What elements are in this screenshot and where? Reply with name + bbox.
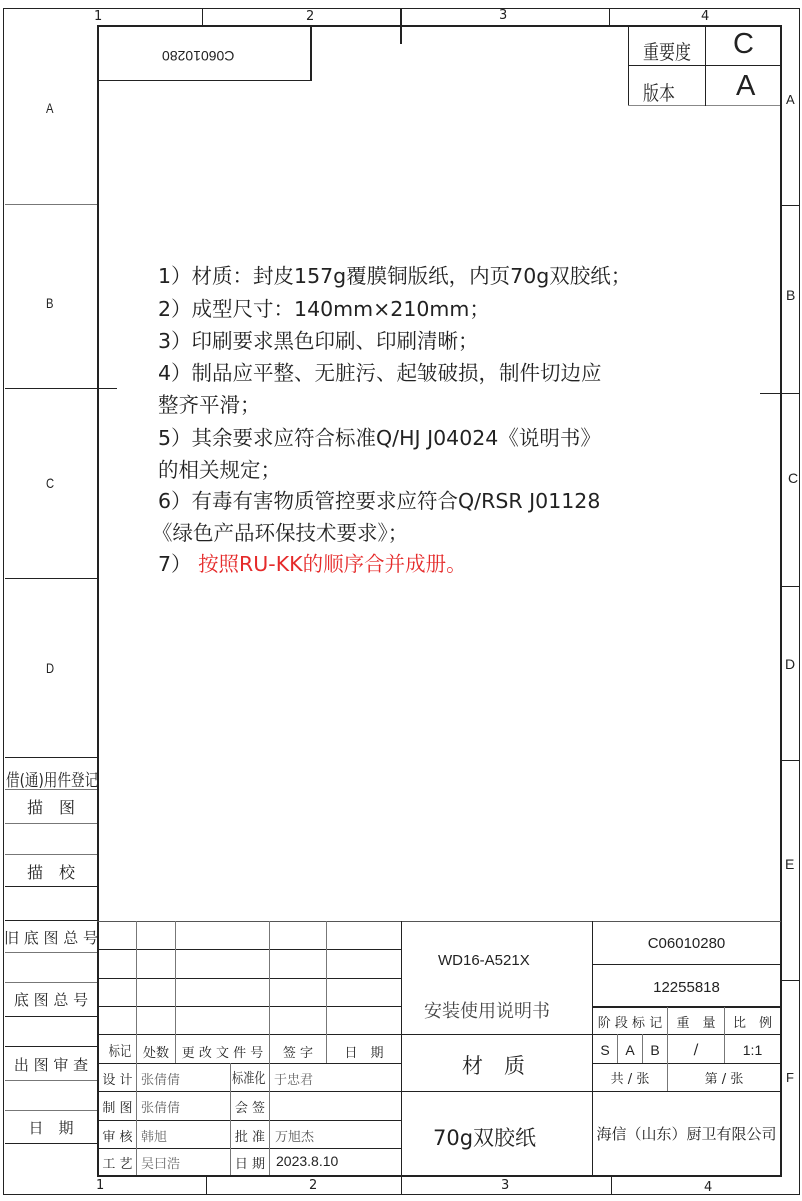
right-zone-d: D: [785, 656, 795, 672]
note-4-cont: 整齐平滑；: [158, 391, 261, 420]
note-7: 7） 按照RU-KK的顺序合并成册。: [158, 550, 467, 579]
sign-name-review: 韩旭: [141, 1126, 167, 1145]
drawing-number: C06010280: [593, 930, 780, 956]
left-zone-a: A: [46, 100, 53, 116]
side-register-trace-check: 描 校: [5, 857, 97, 885]
sign-role-date: 日 期: [231, 1150, 269, 1175]
outer-frame-left: [3, 8, 4, 1194]
rev-header-sign: 签 字: [270, 1038, 326, 1064]
right-zone-b: B: [786, 287, 795, 303]
rev-header-count: 处数: [137, 1038, 175, 1064]
weight-label: 重 量: [668, 1009, 724, 1034]
title-right-row: [592, 1034, 781, 1035]
left-zone-d: D: [46, 660, 54, 676]
note-2: 2）成型尺寸：140mm×210mm；: [158, 295, 490, 324]
rev-row: [97, 1034, 401, 1035]
row-divider: [5, 1110, 97, 1111]
document-name: 安装使用说明书: [424, 997, 550, 1023]
note-3: 3）印刷要求黑色印刷、印刷清晰；: [158, 327, 479, 356]
outer-frame-bottom: [3, 1194, 800, 1195]
version-label: 版本: [643, 77, 675, 106]
zone-divider: [780, 760, 799, 761]
zone-divider: [780, 205, 799, 206]
rev-header-mark: 标记: [104, 1038, 136, 1064]
sign-name-standard: 于忠君: [274, 1069, 313, 1088]
top-ruler-4: 4: [701, 9, 709, 24]
sign-name-process: 吴曰浩: [141, 1153, 180, 1172]
scale-label: 比 例: [725, 1009, 780, 1034]
zone-divider: [780, 586, 799, 587]
sign-role-review: 审 核: [99, 1122, 136, 1148]
version-value: A: [736, 70, 755, 103]
rev-header-date: 日 期: [327, 1038, 401, 1064]
sign-name-design: 张倩倩: [141, 1069, 180, 1088]
row-divider: [5, 886, 97, 887]
right-zone-c: C: [788, 470, 798, 486]
rev-row: [97, 1148, 401, 1149]
sign-role-process: 工 艺: [99, 1150, 136, 1175]
side-register-old-base-no: 旧 底 图 总 号: [5, 923, 97, 951]
sign-role-drawing: 制 图: [99, 1093, 136, 1119]
stage-b: B: [643, 1036, 667, 1063]
box-divider: [628, 65, 780, 66]
importance-value: C: [733, 28, 754, 61]
outer-frame-right: [799, 8, 800, 1194]
side-register-title: 借(通)用件登记: [6, 766, 98, 791]
zone-divider: [5, 388, 117, 389]
rev-row: [97, 978, 401, 979]
ruler-tick: [206, 1177, 207, 1194]
left-zone-b: B: [46, 295, 53, 311]
sheets-total: 共 / 张: [593, 1064, 667, 1091]
inner-frame-right: [780, 25, 782, 1176]
ruler-tick: [202, 8, 203, 26]
row-divider: [5, 952, 97, 953]
row-divider: [5, 1080, 97, 1081]
zone-divider: [5, 578, 97, 579]
top-ruler-2: 2: [306, 9, 314, 24]
weight-value: /: [668, 1036, 724, 1063]
title-mid-row: [401, 1091, 593, 1092]
rev-row: [97, 1091, 401, 1092]
note-4: 4）制品应平整、无脏污、起皱破损，制件切边应: [158, 359, 602, 388]
rev-row: [97, 949, 401, 950]
material-label: 材 质: [462, 1050, 525, 1080]
right-zone-a: A: [786, 92, 795, 107]
side-register-date: 日 期: [5, 1113, 97, 1141]
zone-divider: [760, 393, 799, 394]
note-1: 1）材质：封皮157g覆膜铜版纸，内页70g双胶纸；: [158, 262, 631, 291]
company-name: 海信（山东）厨卫有限公司: [593, 1092, 780, 1175]
row-divider: [5, 982, 97, 983]
scale-value: 1:1: [725, 1036, 780, 1063]
title-block-top: [97, 921, 781, 922]
note-6: 6）有毒有害物质管控要求应符合Q/RSR J01128: [158, 487, 600, 516]
right-zone-e: E: [785, 856, 794, 872]
row-divider: [5, 789, 97, 790]
row-divider: [5, 1016, 97, 1017]
note-6-cont: 《绿色产品环保技术要求》；: [152, 519, 408, 548]
ruler-tick: [611, 1177, 612, 1194]
importance-label: 重要度: [643, 36, 691, 65]
zone-divider: [5, 757, 97, 758]
sheet-number: 第 / 张: [668, 1064, 780, 1091]
inner-frame-left: [97, 25, 99, 1176]
title-right-row: [592, 964, 781, 965]
rev-row: [97, 1120, 401, 1121]
stage-a: A: [618, 1036, 642, 1063]
row-divider: [5, 854, 97, 855]
stage-mark-label: 阶 段 标 记: [593, 1009, 667, 1034]
sign-name-approve: 万旭杰: [275, 1126, 314, 1145]
sign-name-drawing: 张倩倩: [141, 1097, 180, 1116]
material-value: 70g双胶纸: [433, 1122, 536, 1152]
note-5: 5）其余要求应符合标准Q/HJ J04024《说明书》: [158, 424, 601, 453]
stage-s: S: [593, 1036, 617, 1063]
ruler-tick: [401, 1177, 402, 1194]
zone-divider: [780, 980, 799, 981]
bottom-ruler-1: 1: [96, 1178, 104, 1193]
part-number: 12255818: [593, 974, 780, 1000]
row-divider: [5, 920, 97, 921]
box-divider: [705, 26, 706, 106]
sign-role-countersign: 会 签: [231, 1093, 269, 1119]
sign-role-standard: 标准化: [232, 1065, 269, 1091]
bottom-ruler-4: 4: [704, 1180, 712, 1195]
note-5-cont: 的相关规定；: [158, 456, 281, 485]
side-register-base-no: 底 图 总 号: [5, 985, 97, 1013]
mirrored-code: C06010280: [162, 48, 234, 64]
top-ruler-1: 1: [94, 9, 102, 24]
sign-role-approve: 批 准: [231, 1122, 269, 1148]
sign-role-design: 设 计: [99, 1065, 136, 1091]
rev-row: [97, 1006, 401, 1007]
bottom-ruler-2: 2: [309, 1178, 317, 1193]
title-mid-row: [401, 1034, 593, 1035]
right-zone-f: F: [786, 1070, 794, 1085]
ruler-tick: [400, 8, 402, 44]
row-divider: [5, 1143, 97, 1144]
zone-divider: [5, 204, 97, 205]
row-divider: [5, 1046, 97, 1047]
rev-header-change-doc: 更 改 文 件 号: [176, 1038, 269, 1064]
sign-date-value: 2023.8.10: [276, 1153, 338, 1169]
title-block-divider: [401, 921, 402, 1175]
row-divider: [5, 823, 97, 824]
top-ruler-3: 3: [499, 8, 507, 23]
inner-frame-bottom: [97, 1175, 782, 1177]
model-number: WD16-A521X: [438, 952, 530, 969]
side-register-issue-review: 出 图 审 查: [5, 1050, 97, 1078]
bottom-ruler-3: 3: [501, 1178, 509, 1193]
ruler-tick: [609, 8, 610, 26]
side-register-trace: 描 图: [5, 792, 97, 820]
title-right-row: [592, 1006, 781, 1008]
left-zone-c: C: [46, 475, 54, 491]
